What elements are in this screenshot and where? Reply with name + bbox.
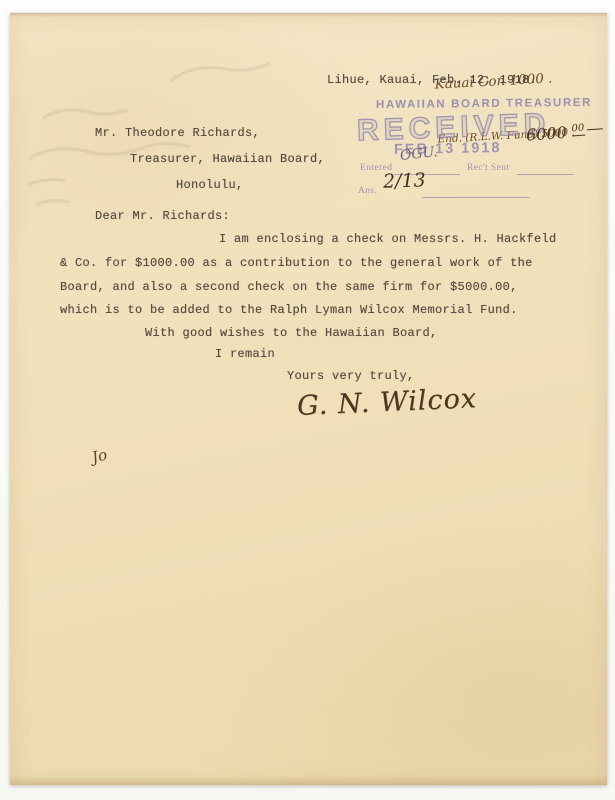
- closing-good-wishes: With good wishes to the Hawaiian Board,: [145, 326, 438, 340]
- stamp-entered-value: OGU.: [399, 144, 438, 164]
- body-line-4: which is to be added to the Ralph Lyman …: [60, 303, 518, 317]
- recipient-title: Treasurer, Hawaiian Board,: [130, 152, 325, 166]
- stamp-ans-value: 2/13: [383, 169, 426, 192]
- amount-dollars: 6000: [525, 123, 567, 145]
- closing-yours-truly: Yours very truly,: [287, 369, 415, 383]
- dateline: Lihue, Kauai, Feb. 12, 1918.: [327, 73, 537, 87]
- letter-paper: Kauai Con 1000 . End. (R.L.W. Fund) 5000…: [10, 13, 607, 785]
- handwritten-amount: 6000 00: [525, 120, 603, 144]
- faint-pencil-marks: [160, 53, 280, 93]
- stamp-ans-blank: [422, 197, 530, 198]
- body-line-1: I am enclosing a check on Messrs. H. Hac…: [219, 232, 557, 246]
- stamp-rect-sent-label: Rec't Sent: [467, 163, 509, 173]
- recipient-name: Mr. Theodore Richards,: [95, 126, 260, 140]
- recipient-city: Honolulu,: [176, 178, 244, 192]
- closing-i-remain: I remain: [215, 347, 275, 361]
- amount-cents: 00: [571, 122, 585, 136]
- body-line-2: & Co. for $1000.00 as a contribution to …: [60, 256, 533, 270]
- stamp-rect-sent-blank: [517, 174, 574, 175]
- stamp-ans-label: Ans.: [358, 186, 377, 196]
- body-line-3: Board, and also a second check on the sa…: [60, 280, 518, 294]
- scanned-letter: Kauai Con 1000 . End. (R.L.W. Fund) 5000…: [0, 0, 615, 800]
- filing-mark: Jo: [90, 445, 109, 466]
- amount-underline: [586, 128, 602, 130]
- salutation: Dear Mr. Richards:: [95, 209, 230, 223]
- signature: G. N. Wilcox: [296, 383, 477, 422]
